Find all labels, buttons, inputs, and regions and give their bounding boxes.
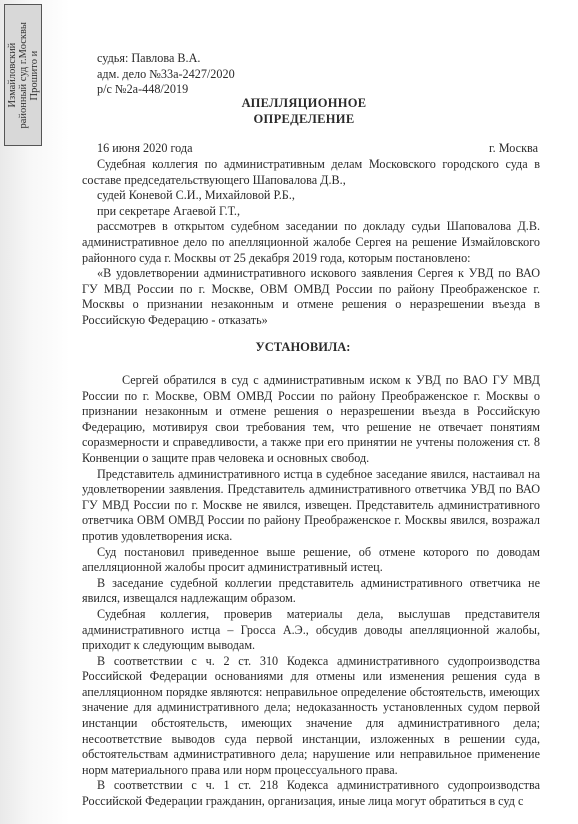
body-paragraph: В соответствии с ч. 1 ст. 218 Кодекса ад… (82, 778, 540, 809)
intro-paragraph: рассмотрев в открытом судебном заседании… (82, 219, 540, 266)
title-line-1: АПЕЛЛЯЦИОННОЕ (0, 96, 578, 112)
intro-paragraph: при секретаре Агаевой Г.Т., (82, 204, 540, 220)
body-paragraph: В соответствии с ч. 2 ст. 310 Кодекса ад… (82, 654, 540, 779)
intro-block: Судебная коллегия по административным де… (82, 157, 540, 329)
document-date: 16 июня 2020 года (97, 141, 193, 156)
body-paragraph: В заседание судебной коллегии представит… (82, 576, 540, 607)
case-number: адм. дело №33а-2427/2020 (97, 67, 235, 83)
quoted-decision: «В удовлетворении административного иско… (82, 266, 540, 328)
intro-paragraph: судей Коневой С.И., Михайловой Р.Б., (82, 188, 540, 204)
body-paragraph: Суд постановил приведенное выше решение,… (82, 545, 540, 576)
body-paragraph: Судебная коллегия, проверив материалы де… (82, 607, 540, 654)
case-header: судья: Павлова В.А. адм. дело №33а-2427/… (97, 51, 235, 98)
main-body: Сергей обратился в суд с административны… (82, 373, 540, 810)
document-title: АПЕЛЛЯЦИОННОЕ ОПРЕДЕЛЕНИЕ (0, 96, 578, 127)
judge-name: судья: Павлова В.А. (97, 51, 235, 67)
title-line-2: ОПРЕДЕЛЕНИЕ (0, 112, 578, 128)
body-paragraph: Представитель административного истца в … (82, 467, 540, 545)
date-line: 16 июня 2020 года г. Москва (97, 141, 538, 156)
body-paragraph: Сергей обратился в суд с административны… (82, 373, 540, 467)
section-heading-text: УСТАНОВИЛА: (228, 340, 351, 354)
section-heading: УСТАНОВИЛА: (0, 340, 578, 355)
document-city: г. Москва (489, 141, 538, 156)
intro-paragraph: Судебная коллегия по административным де… (82, 157, 540, 188)
